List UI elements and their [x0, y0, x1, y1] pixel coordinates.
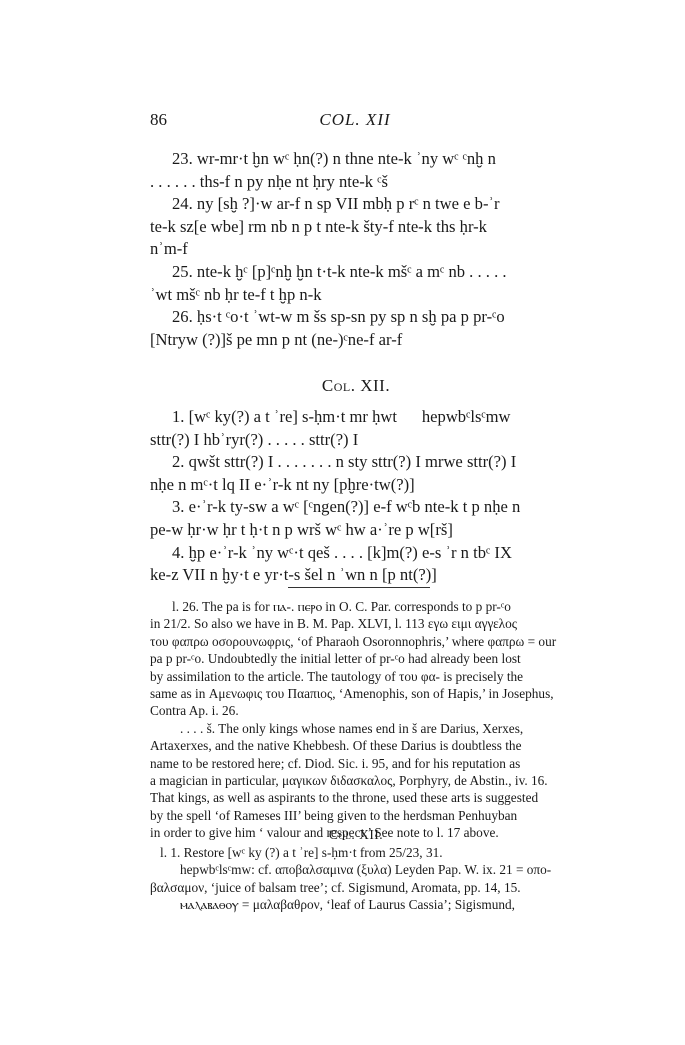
note-line: pa p pr-ᶜo. Undoubtedly the initial lett… [150, 650, 562, 667]
note-line: Artaxerxes, and the native Khebbesh. Of … [150, 737, 562, 754]
text-line: ke-z VII n ḫy·t e yr·t-s šel n ʾwn n [p … [150, 564, 562, 587]
text-line: 1. [wᶜ ky(?) a t ʾre] s-ḥm·t mr ḥwt hepw… [150, 406, 562, 429]
note-line: in 21/2. So also we have in B. M. Pap. X… [150, 615, 562, 632]
note-line: ⲙⲁⲗⲁⲃⲁⲑⲟⲩ = μαλαβαθρον, ‘leaf of Laurus … [150, 896, 562, 913]
text-line: 2. qwšt sttr(?) I . . . . . . . n sty st… [150, 451, 562, 474]
note-line: βαλσαμον, ‘juice of balsam tree’; cf. Si… [150, 879, 562, 896]
note-line: του φαπρω οσορουνωφρις, ‘of Pharaoh Osor… [150, 633, 562, 650]
notes-column-heading: Col. XII. [150, 827, 562, 843]
footnotes: l. 26. The pa is for ⲡⲁ-. ⲡⲉⲣⲟ in O. C. … [150, 598, 562, 842]
note-line: name to be restored here; cf. Diod. Sic.… [150, 755, 562, 772]
transliteration-main: 23. wr-mr·t ḫn wᶜ ḥn(?) n thne nte-k ʾny… [150, 148, 562, 351]
note-line: Contra Ap. i. 26. [150, 702, 562, 719]
text-line: sttr(?) I hbʾryr(?) . . . . . sttr(?) I [150, 429, 562, 452]
transliteration-column: 1. [wᶜ ky(?) a t ʾre] s-ḥm·t mr ḥwt hepw… [150, 406, 562, 587]
running-head: COL. XII [150, 110, 560, 130]
text-line: nʾm-f [150, 238, 562, 261]
column-notes: l. 1. Restore [wᶜ ky (?) a t ʾre] s-ḥm·t… [150, 844, 562, 914]
note-line: l. 1. Restore [wᶜ ky (?) a t ʾre] s-ḥm·t… [150, 844, 562, 861]
note-line: . . . . š. The only kings whose names en… [150, 720, 562, 737]
note-line: hepwbᶜlsᶜmw: cf. αποβαλσαμινα (ξυλα) Ley… [150, 861, 562, 878]
text-line: nḥe n mᶜ·t lq II e·ʾr-k nt ny [pḫre·tw(?… [150, 474, 562, 497]
book-page: 86 COL. XII 23. wr-mr·t ḫn wᶜ ḥn(?) n th… [0, 0, 685, 1045]
note-line: same as in Αμενωφις του Παaπιος, ‘Amenop… [150, 685, 562, 702]
note-line: l. 26. The pa is for ⲡⲁ-. ⲡⲉⲣⲟ in O. C. … [150, 598, 562, 615]
note-line: by the spell ‘of Rameses III’ being give… [150, 807, 562, 824]
text-line: 4. ḫp e·ʾr-k ʾny wᶜ·t qeš . . . . [k]m(?… [150, 542, 562, 565]
note-line: That kings, as well as aspirants to the … [150, 789, 562, 806]
note-line: by assimilation to the article. The taut… [150, 668, 562, 685]
text-line: 24. ny [sḫ ?]·w ar-f n sp VII mbḥ p rᶜ n… [150, 193, 562, 216]
text-line: 3. e·ʾr-k ty-sw a wᶜ [ᶜngen(?)] e-f wᶜb … [150, 496, 562, 519]
text-line: 23. wr-mr·t ḫn wᶜ ḥn(?) n thne nte-k ʾny… [150, 148, 562, 171]
page-header: 86 COL. XII [150, 110, 560, 132]
text-line: te-k sz[e wbe] rm nb n p t nte-k šty-f n… [150, 216, 562, 239]
footnote-divider [288, 587, 430, 588]
text-line: ʾwt mšᶜ nb ḥr te-f t ḫp n-k [150, 284, 562, 307]
column-heading: Col. XII. [150, 376, 562, 396]
text-line: [Ntryw (?)]š pe mn p nt (ne-)ᶜne-f ar-f [150, 329, 562, 352]
text-line: 26. ḥs·t ᶜo·t ʾwt-w m šs sp-sn py sp n s… [150, 306, 562, 329]
text-line: . . . . . . ths-f n py nḥe nt ḥry nte-k … [150, 171, 562, 194]
text-line: pe-w ḥr·w ḥr t ḥ·t n p wrš wᶜ hw a·ʾre p… [150, 519, 562, 542]
text-line: 25. nte-k ḫᶜ [p]ᶜnḫ ḫn t·t-k nte-k mšᶜ a… [150, 261, 562, 284]
note-line: a magician in particular, μαγικων διδασκ… [150, 772, 562, 789]
